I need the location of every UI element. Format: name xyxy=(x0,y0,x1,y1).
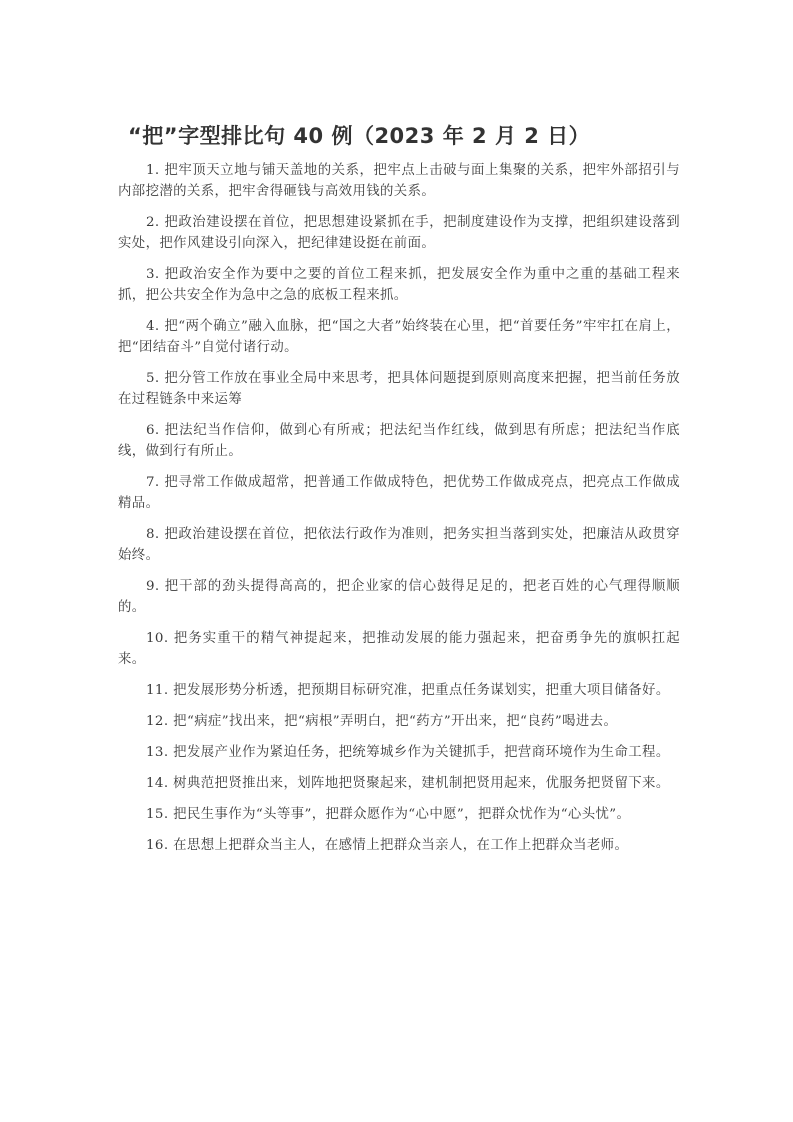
paragraph-6: 6. 把法纪当作信仰，做到心有所戒；把法纪当作红线，做到思有所虑；把法纪当作底线… xyxy=(118,420,680,462)
paragraph-8: 8. 把政治建设摆在首位，把依法行政作为准则，把务实担当落到实处，把廉洁从政贯穿… xyxy=(118,524,680,566)
paragraph-3: 3. 把政治安全作为要中之要的首位工程来抓，把发展安全作为重中之重的基础工程来抓… xyxy=(118,264,680,306)
paragraph-1: 1. 把牢顶天立地与铺天盖地的关系，把牢点上击破与面上集聚的关系，把牢外部招引与… xyxy=(118,160,680,202)
paragraph-13: 13. 把发展产业作为紧迫任务，把统筹城乡作为关键抓手，把营商环境作为生命工程。 xyxy=(118,742,680,763)
document-title: “把”字型排比句 40 例（2023 年 2 月 2 日） xyxy=(128,120,680,152)
paragraph-5: 5. 把分管工作放在事业全局中来思考，把具体问题提到原则高度来把握，把当前任务放… xyxy=(118,368,680,410)
paragraph-4: 4. 把“两个确立”融入血脉，把“国之大者”始终装在心里，把“首要任务”牢牢扛在… xyxy=(118,316,680,358)
paragraph-10: 10. 把务实重干的精气神提起来，把推动发展的能力强起来，把奋勇争先的旗帜扛起来… xyxy=(118,628,680,670)
paragraph-2: 2. 把政治建设摆在首位，把思想建设紧抓在手，把制度建设作为支撑，把组织建设落到… xyxy=(118,212,680,254)
paragraph-15: 15. 把民生事作为“头等事”，把群众愿作为“心中愿”，把群众忧作为“心头忧”。 xyxy=(118,804,680,825)
paragraph-9: 9. 把干部的劲头提得高高的，把企业家的信心鼓得足足的，把老百姓的心气理得顺顺的… xyxy=(118,576,680,618)
document-page: “把”字型排比句 40 例（2023 年 2 月 2 日） 1. 把牢顶天立地与… xyxy=(118,120,680,866)
paragraph-14: 14. 树典范把贤推出来，划阵地把贤聚起来，建机制把贤用起来，优服务把贤留下来。 xyxy=(118,773,680,794)
paragraph-12: 12. 把“病症”找出来，把“病根”弄明白，把“药方”开出来，把“良药”喝进去。 xyxy=(118,711,680,732)
paragraph-7: 7. 把寻常工作做成超常，把普通工作做成特色，把优势工作做成亮点，把亮点工作做成… xyxy=(118,472,680,514)
paragraph-16: 16. 在思想上把群众当主人，在感情上把群众当亲人，在工作上把群众当老师。 xyxy=(118,835,680,856)
paragraph-11: 11. 把发展形势分析透，把预期目标研究准，把重点任务谋划实，把重大项目储备好。 xyxy=(118,680,680,701)
